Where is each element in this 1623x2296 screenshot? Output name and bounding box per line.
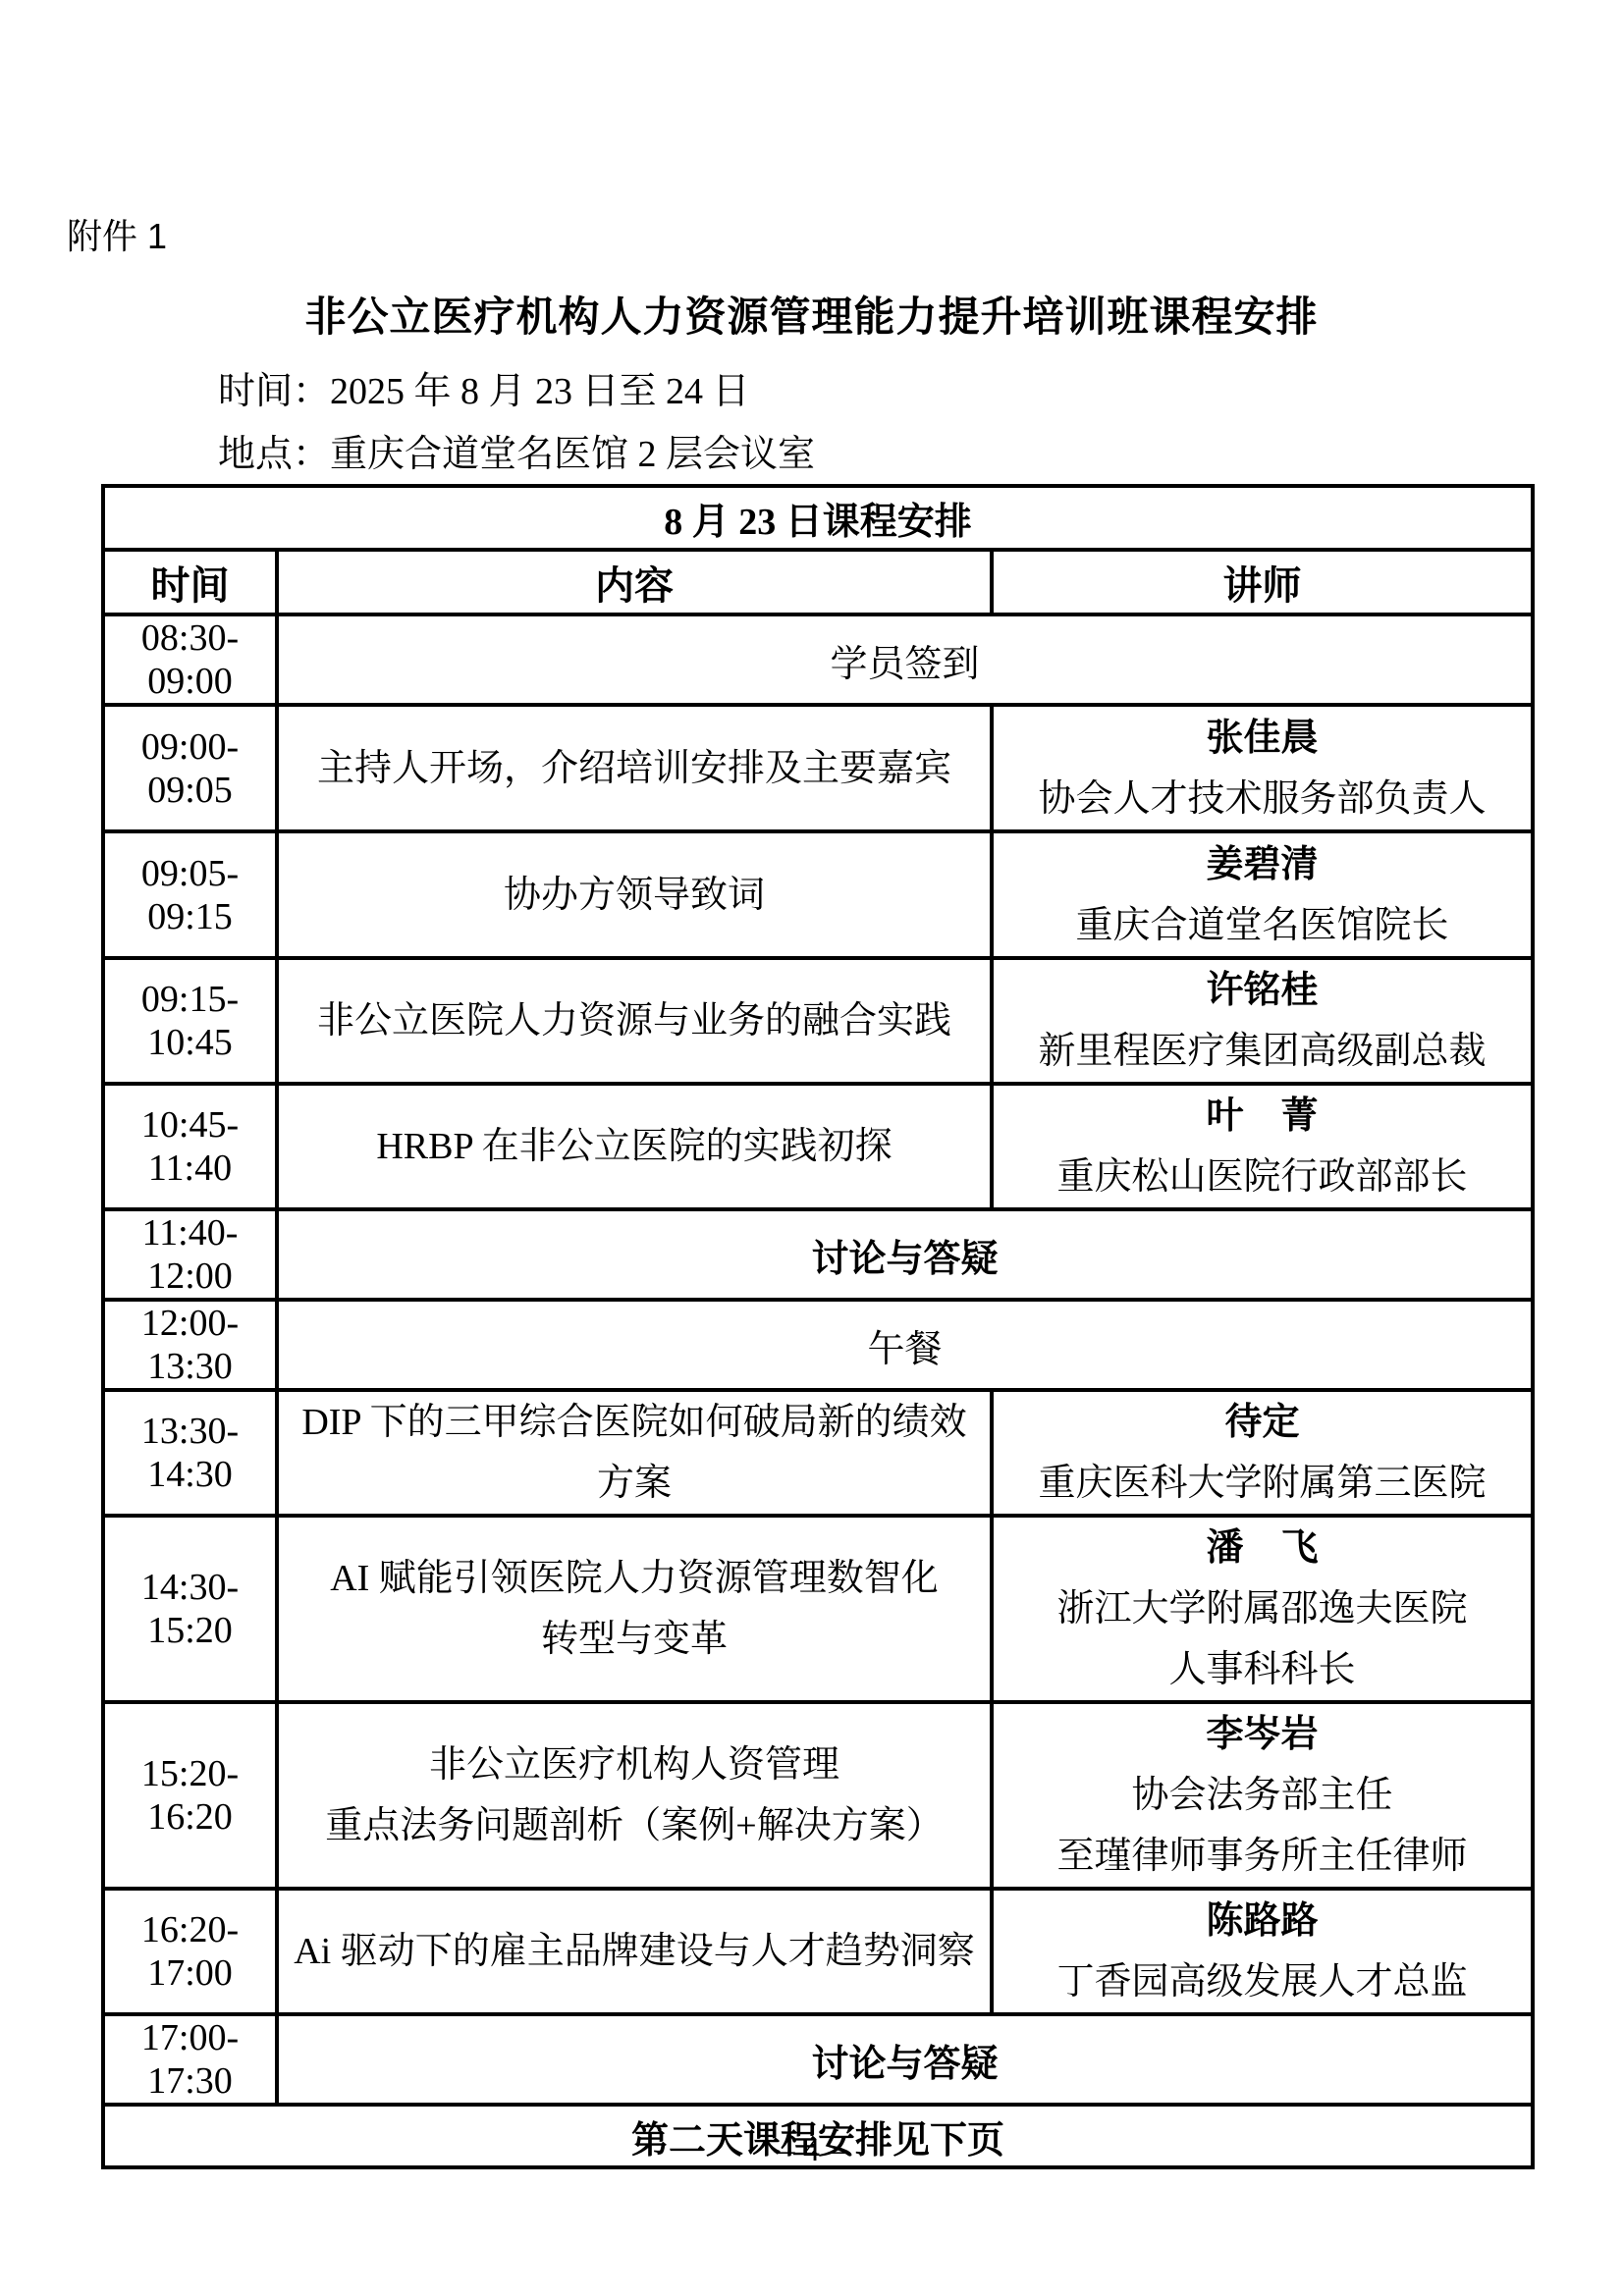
content-cell: HRBP 在非公立医院的实践初探 <box>277 1084 992 1209</box>
meta-location-line: 地点：重庆合道堂名医馆 2 层会议室 <box>218 435 815 476</box>
content-line: 协办方领导致词 <box>279 865 990 926</box>
banner-row: 8 月 23 日课程安排 <box>103 486 1533 550</box>
table-row: 12:00-13:30 午餐 <box>103 1300 1533 1390</box>
table-row: 09:15-10:45 非公立医院人力资源与业务的融合实践 许铭桂 新里程医疗集… <box>103 958 1533 1084</box>
content-line: 非公立医院人力资源与业务的融合实践 <box>279 990 990 1051</box>
page-number: – 4 – <box>0 2132 1623 2169</box>
content-line: 主持人开场，介绍培训安排及主要嘉宾 <box>279 738 990 799</box>
lecturer-name: 张佳晨 <box>994 708 1531 769</box>
lecturer-cell: 许铭桂 新里程医疗集团高级副总裁 <box>992 958 1533 1084</box>
content-line: AI 赋能引领医院人力资源管理数智化 <box>279 1548 990 1609</box>
col-header-content: 内容 <box>277 550 992 614</box>
lecturer-cell: 姜碧清 重庆合道堂名医馆院长 <box>992 831 1533 958</box>
table-row: 17:00-17:30 讨论与答疑 <box>103 2014 1533 2105</box>
lecturer-affiliation: 重庆合道堂名医馆院长 <box>994 895 1531 956</box>
table-row: 14:30-15:20 AI 赋能引领医院人力资源管理数智化 转型与变革 潘 飞… <box>103 1516 1533 1702</box>
lecturer-cell: 潘 飞 浙江大学附属邵逸夫医院 人事科科长 <box>992 1516 1533 1702</box>
content-cell: 非公立医院人力资源与业务的融合实践 <box>277 958 992 1084</box>
col-header-time: 时间 <box>103 550 277 614</box>
content-line: 非公立医疗机构人资管理 <box>279 1735 990 1795</box>
time-cell: 10:45-11:40 <box>103 1084 277 1209</box>
table-row: 15:20-16:20 非公立医疗机构人资管理 重点法务问题剖析（案例+解决方案… <box>103 1702 1533 1889</box>
content-line: Ai 驱动下的雇主品牌建设与人才趋势洞察 <box>279 1921 990 1982</box>
content-cell: DIP 下的三甲综合医院如何破局新的绩效 方案 <box>277 1390 992 1516</box>
document-title: 非公立医疗机构人力资源管理能力提升培训班课程安排 <box>0 294 1623 342</box>
content-line: 方案 <box>279 1453 990 1514</box>
time-cell: 14:30-15:20 <box>103 1516 277 1702</box>
content-cell: Ai 驱动下的雇主品牌建设与人才趋势洞察 <box>277 1889 992 2014</box>
lecturer-name: 李岑岩 <box>994 1704 1531 1765</box>
lecturer-affiliation: 新里程医疗集团高级副总裁 <box>994 1021 1531 1082</box>
header-row: 时间 内容 讲师 <box>103 550 1533 614</box>
table-row: 13:30-14:30 DIP 下的三甲综合医院如何破局新的绩效 方案 待定 重… <box>103 1390 1533 1516</box>
schedule-table: 8 月 23 日课程安排 时间 内容 讲师 08:30-09:00 学员签到 0… <box>101 484 1535 2169</box>
time-cell: 17:00-17:30 <box>103 2014 277 2105</box>
lecturer-name: 许铭桂 <box>994 960 1531 1021</box>
content-line: DIP 下的三甲综合医院如何破局新的绩效 <box>279 1392 990 1453</box>
lecturer-affiliation: 重庆医科大学附属第三医院 <box>994 1453 1531 1514</box>
lecturer-affiliation: 浙江大学附属邵逸夫医院 <box>994 1578 1531 1639</box>
lecturer-name: 姜碧清 <box>994 834 1531 895</box>
lecturer-affiliation: 丁香园高级发展人才总监 <box>994 1951 1531 2012</box>
lecturer-affiliation: 至瑾律师事务所主任律师 <box>994 1826 1531 1887</box>
time-cell: 16:20-17:00 <box>103 1889 277 2014</box>
lecturer-cell: 待定 重庆医科大学附属第三医院 <box>992 1390 1533 1516</box>
attachment-label: 附件 1 <box>67 217 167 256</box>
content-cell: 非公立医疗机构人资管理 重点法务问题剖析（案例+解决方案） <box>277 1702 992 1889</box>
content-line: 重点法务问题剖析（案例+解决方案） <box>279 1795 990 1856</box>
table-banner: 8 月 23 日课程安排 <box>103 486 1533 550</box>
time-cell: 12:00-13:30 <box>103 1300 277 1390</box>
lecturer-cell: 陈路路 丁香园高级发展人才总监 <box>992 1889 1533 2014</box>
table-row: 09:05-09:15 协办方领导致词 姜碧清 重庆合道堂名医馆院长 <box>103 831 1533 958</box>
table-row: 10:45-11:40 HRBP 在非公立医院的实践初探 叶 菁 重庆松山医院行… <box>103 1084 1533 1209</box>
content-line: 转型与变革 <box>279 1609 990 1670</box>
time-cell: 13:30-14:30 <box>103 1390 277 1516</box>
lecturer-cell: 叶 菁 重庆松山医院行政部部长 <box>992 1084 1533 1209</box>
table-row: 16:20-17:00 Ai 驱动下的雇主品牌建设与人才趋势洞察 陈路路 丁香园… <box>103 1889 1533 2014</box>
time-cell: 09:00-09:05 <box>103 705 277 831</box>
lecturer-name: 潘 飞 <box>994 1518 1531 1578</box>
lecturer-name: 陈路路 <box>994 1891 1531 1951</box>
content-cell: AI 赋能引领医院人力资源管理数智化 转型与变革 <box>277 1516 992 1702</box>
meta-time-line: 时间：2025 年 8 月 23 日至 24 日 <box>218 372 750 413</box>
col-header-lecturer: 讲师 <box>992 550 1533 614</box>
time-cell: 09:05-09:15 <box>103 831 277 958</box>
content-line: HRBP 在非公立医院的实践初探 <box>279 1116 990 1177</box>
lecturer-name: 待定 <box>994 1392 1531 1453</box>
table-row: 08:30-09:00 学员签到 <box>103 614 1533 705</box>
merged-content-cell: 讨论与答疑 <box>277 1209 1533 1300</box>
lecturer-cell: 张佳晨 协会人才技术服务部负责人 <box>992 705 1533 831</box>
lecturer-affiliation: 协会法务部主任 <box>994 1765 1531 1826</box>
lecturer-cell: 李岑岩 协会法务部主任 至瑾律师事务所主任律师 <box>992 1702 1533 1889</box>
merged-content-cell: 午餐 <box>277 1300 1533 1390</box>
lecturer-affiliation: 重庆松山医院行政部部长 <box>994 1147 1531 1207</box>
lecturer-affiliation: 人事科科长 <box>994 1639 1531 1700</box>
lecturer-name: 叶 菁 <box>994 1086 1531 1147</box>
content-cell: 主持人开场，介绍培训安排及主要嘉宾 <box>277 705 992 831</box>
merged-content-cell: 讨论与答疑 <box>277 2014 1533 2105</box>
document-page: 附件 1 非公立医疗机构人力资源管理能力提升培训班课程安排 时间：2025 年 … <box>0 0 1623 2296</box>
lecturer-affiliation: 协会人才技术服务部负责人 <box>994 769 1531 829</box>
content-cell: 协办方领导致词 <box>277 831 992 958</box>
merged-content-cell: 学员签到 <box>277 614 1533 705</box>
time-cell: 09:15-10:45 <box>103 958 277 1084</box>
table-row: 09:00-09:05 主持人开场，介绍培训安排及主要嘉宾 张佳晨 协会人才技术… <box>103 705 1533 831</box>
time-cell: 08:30-09:00 <box>103 614 277 705</box>
table-row: 11:40-12:00 讨论与答疑 <box>103 1209 1533 1300</box>
time-cell: 11:40-12:00 <box>103 1209 277 1300</box>
time-cell: 15:20-16:20 <box>103 1702 277 1889</box>
